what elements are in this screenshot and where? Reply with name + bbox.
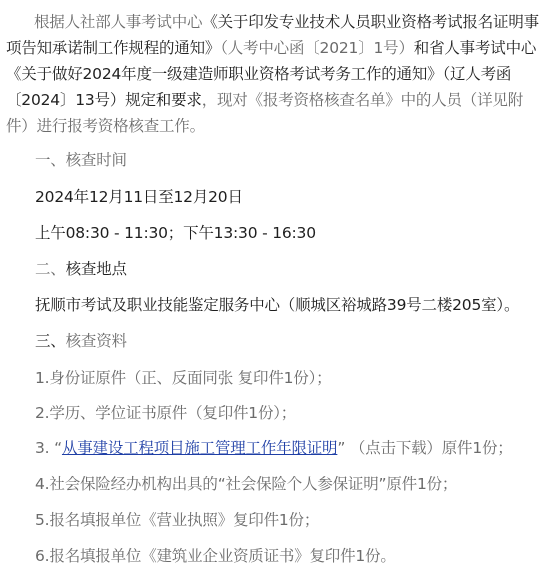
intro-paragraph: 根据人社部人事考试中心《关于印发专业技术人员职业资格考试报名证明事项告知承诺制工… [6,9,544,139]
intro-emphasis: 和要求 [156,91,202,109]
heading-number: 二、 [35,260,66,278]
heading-text: 核查地点 [66,260,127,278]
section-heading-place: 二、核查地点 [35,258,127,280]
heading-number: 三、 [35,332,66,350]
material-item-4: 4.社会保险经办机构出具的“社会保险个人参保证明”原件1份； [35,473,457,495]
heading-text: 核查资料 [66,332,127,350]
download-link-work-years-certificate[interactable]: 从事建设工程项目施工管理工作年限证明 [62,439,337,457]
intro-ref-1: （人考中心函〔2021〕1号） [220,39,414,57]
item-suffix: ” （点击下载）原件1份； [337,439,512,457]
check-address: 抚顺市考试及职业技能鉴定服务中心（顺城区裕城路39号二楼205室）。 [35,294,519,316]
material-item-3: 3. “从事建设工程项目施工管理工作年限证明” （点击下载）原件1份； [35,437,513,459]
section-heading-time: 一、核查时间 [35,149,127,171]
material-item-2: 2.学历、学位证书原件（复印件1份）； [35,402,296,424]
material-item-6: 6.报名填报单位《建筑业企业资质证书》复印件1份。 [35,545,396,567]
item-prefix: 3. “ [35,439,62,457]
intro-text-1: 根据人社部人事考试中心 [34,13,202,31]
check-date: 2024年12月11日至12月20日 [35,186,243,208]
material-item-1: 1.身份证原件（正、反面同张 复印件1份）； [35,367,331,389]
material-item-5: 5.报名填报单位《营业执照》复印件1份； [35,509,319,531]
section-heading-materials: 三、核查资料 [35,330,127,352]
check-hours: 上午08:30 - 11:30；下午13:30 - 16:30 [35,222,316,244]
